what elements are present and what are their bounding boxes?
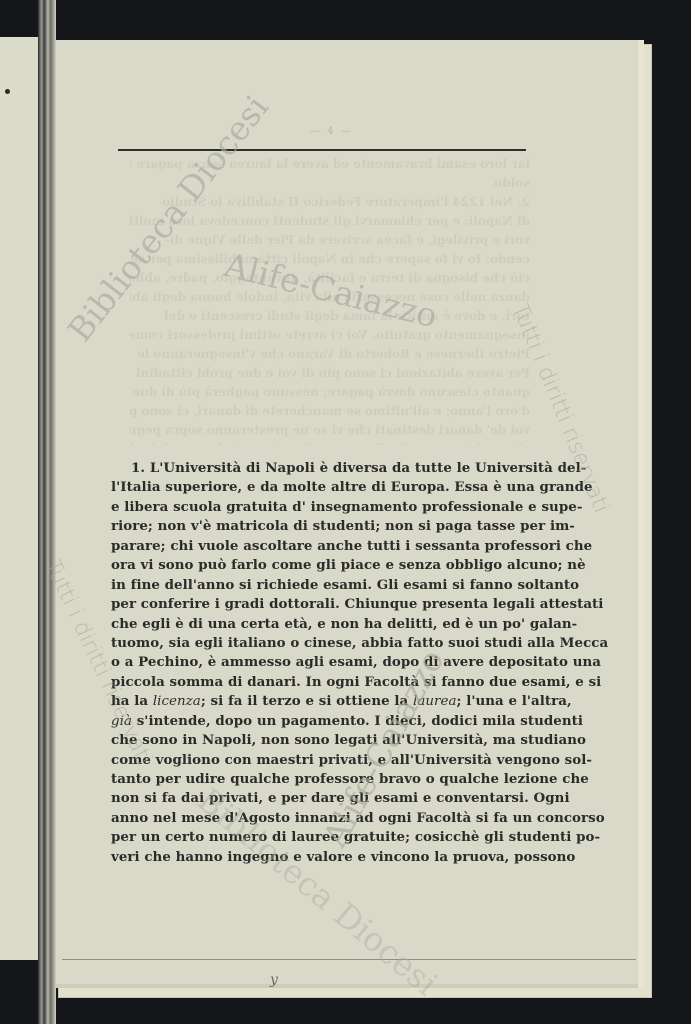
text-line: 1. L'Università di Napoli è diversa da t…: [111, 459, 531, 478]
text-line: riore; non v'è matricola di studenti; no…: [111, 517, 531, 536]
italic-term-laurea: laurea: [413, 694, 457, 709]
text-line: anno nel mese d'Agosto innanzi ad ogni F…: [111, 809, 531, 828]
text-line: per conferire i gradi dottorali. Chiunqu…: [111, 595, 531, 614]
text-line: già s'intende, dopo un pagamento. I diec…: [111, 712, 531, 731]
text-line: ha la licenza; si fa il terzo e si ottie…: [111, 692, 531, 711]
text-line: come vogliono con maestri privati, e all…: [111, 751, 531, 770]
text-line: veri che hanno ingegno e valore e vincon…: [111, 848, 531, 867]
text-line: che egli è di una certa età, e non ha de…: [111, 615, 531, 634]
text-line: ora vi sono può farlo come gli piace e s…: [111, 556, 531, 575]
text-line: che sono in Napoli, non sono legati all'…: [111, 731, 531, 750]
bleed-through-text: lar loro esami bravamente ed avere la la…: [130, 155, 530, 445]
body-paragraph: 1. L'Università di Napoli è diversa da t…: [111, 459, 531, 867]
italic-term-licenza: licenza: [153, 694, 201, 709]
text-line: non si fa dai privati, e per dare gli es…: [111, 789, 531, 808]
header-rule: [118, 149, 526, 151]
left-page-edge: [0, 37, 42, 960]
text-line: tuomo, sia egli italiano o cinese, abbia…: [111, 634, 531, 653]
book-spine: [38, 0, 56, 1024]
text-line: o a Pechino, è ammesso agli esami, dopo …: [111, 653, 531, 672]
text-line: piccola somma di danari. In ogni Facoltà…: [111, 673, 531, 692]
page-bottom-edge: [62, 959, 636, 960]
text-line: l'Italia superiore, e da molte altre di …: [111, 478, 531, 497]
text-line: parare; chi vuole ascoltare anche tutti …: [111, 537, 531, 556]
page-number: — 4 —: [310, 126, 353, 137]
ink-spot: [5, 89, 10, 94]
text-line: per un certo numero di lauree gratuite; …: [111, 828, 531, 847]
paragraph-number: 1.: [131, 460, 145, 476]
text-line: e libera scuola gratuita d' insegnamento…: [111, 498, 531, 517]
text-line: tanto per udire qualche professore bravo…: [111, 770, 531, 789]
text-line: in fine dell'anno si richiede esami. Gli…: [111, 576, 531, 595]
pencil-mark: y: [270, 972, 278, 988]
